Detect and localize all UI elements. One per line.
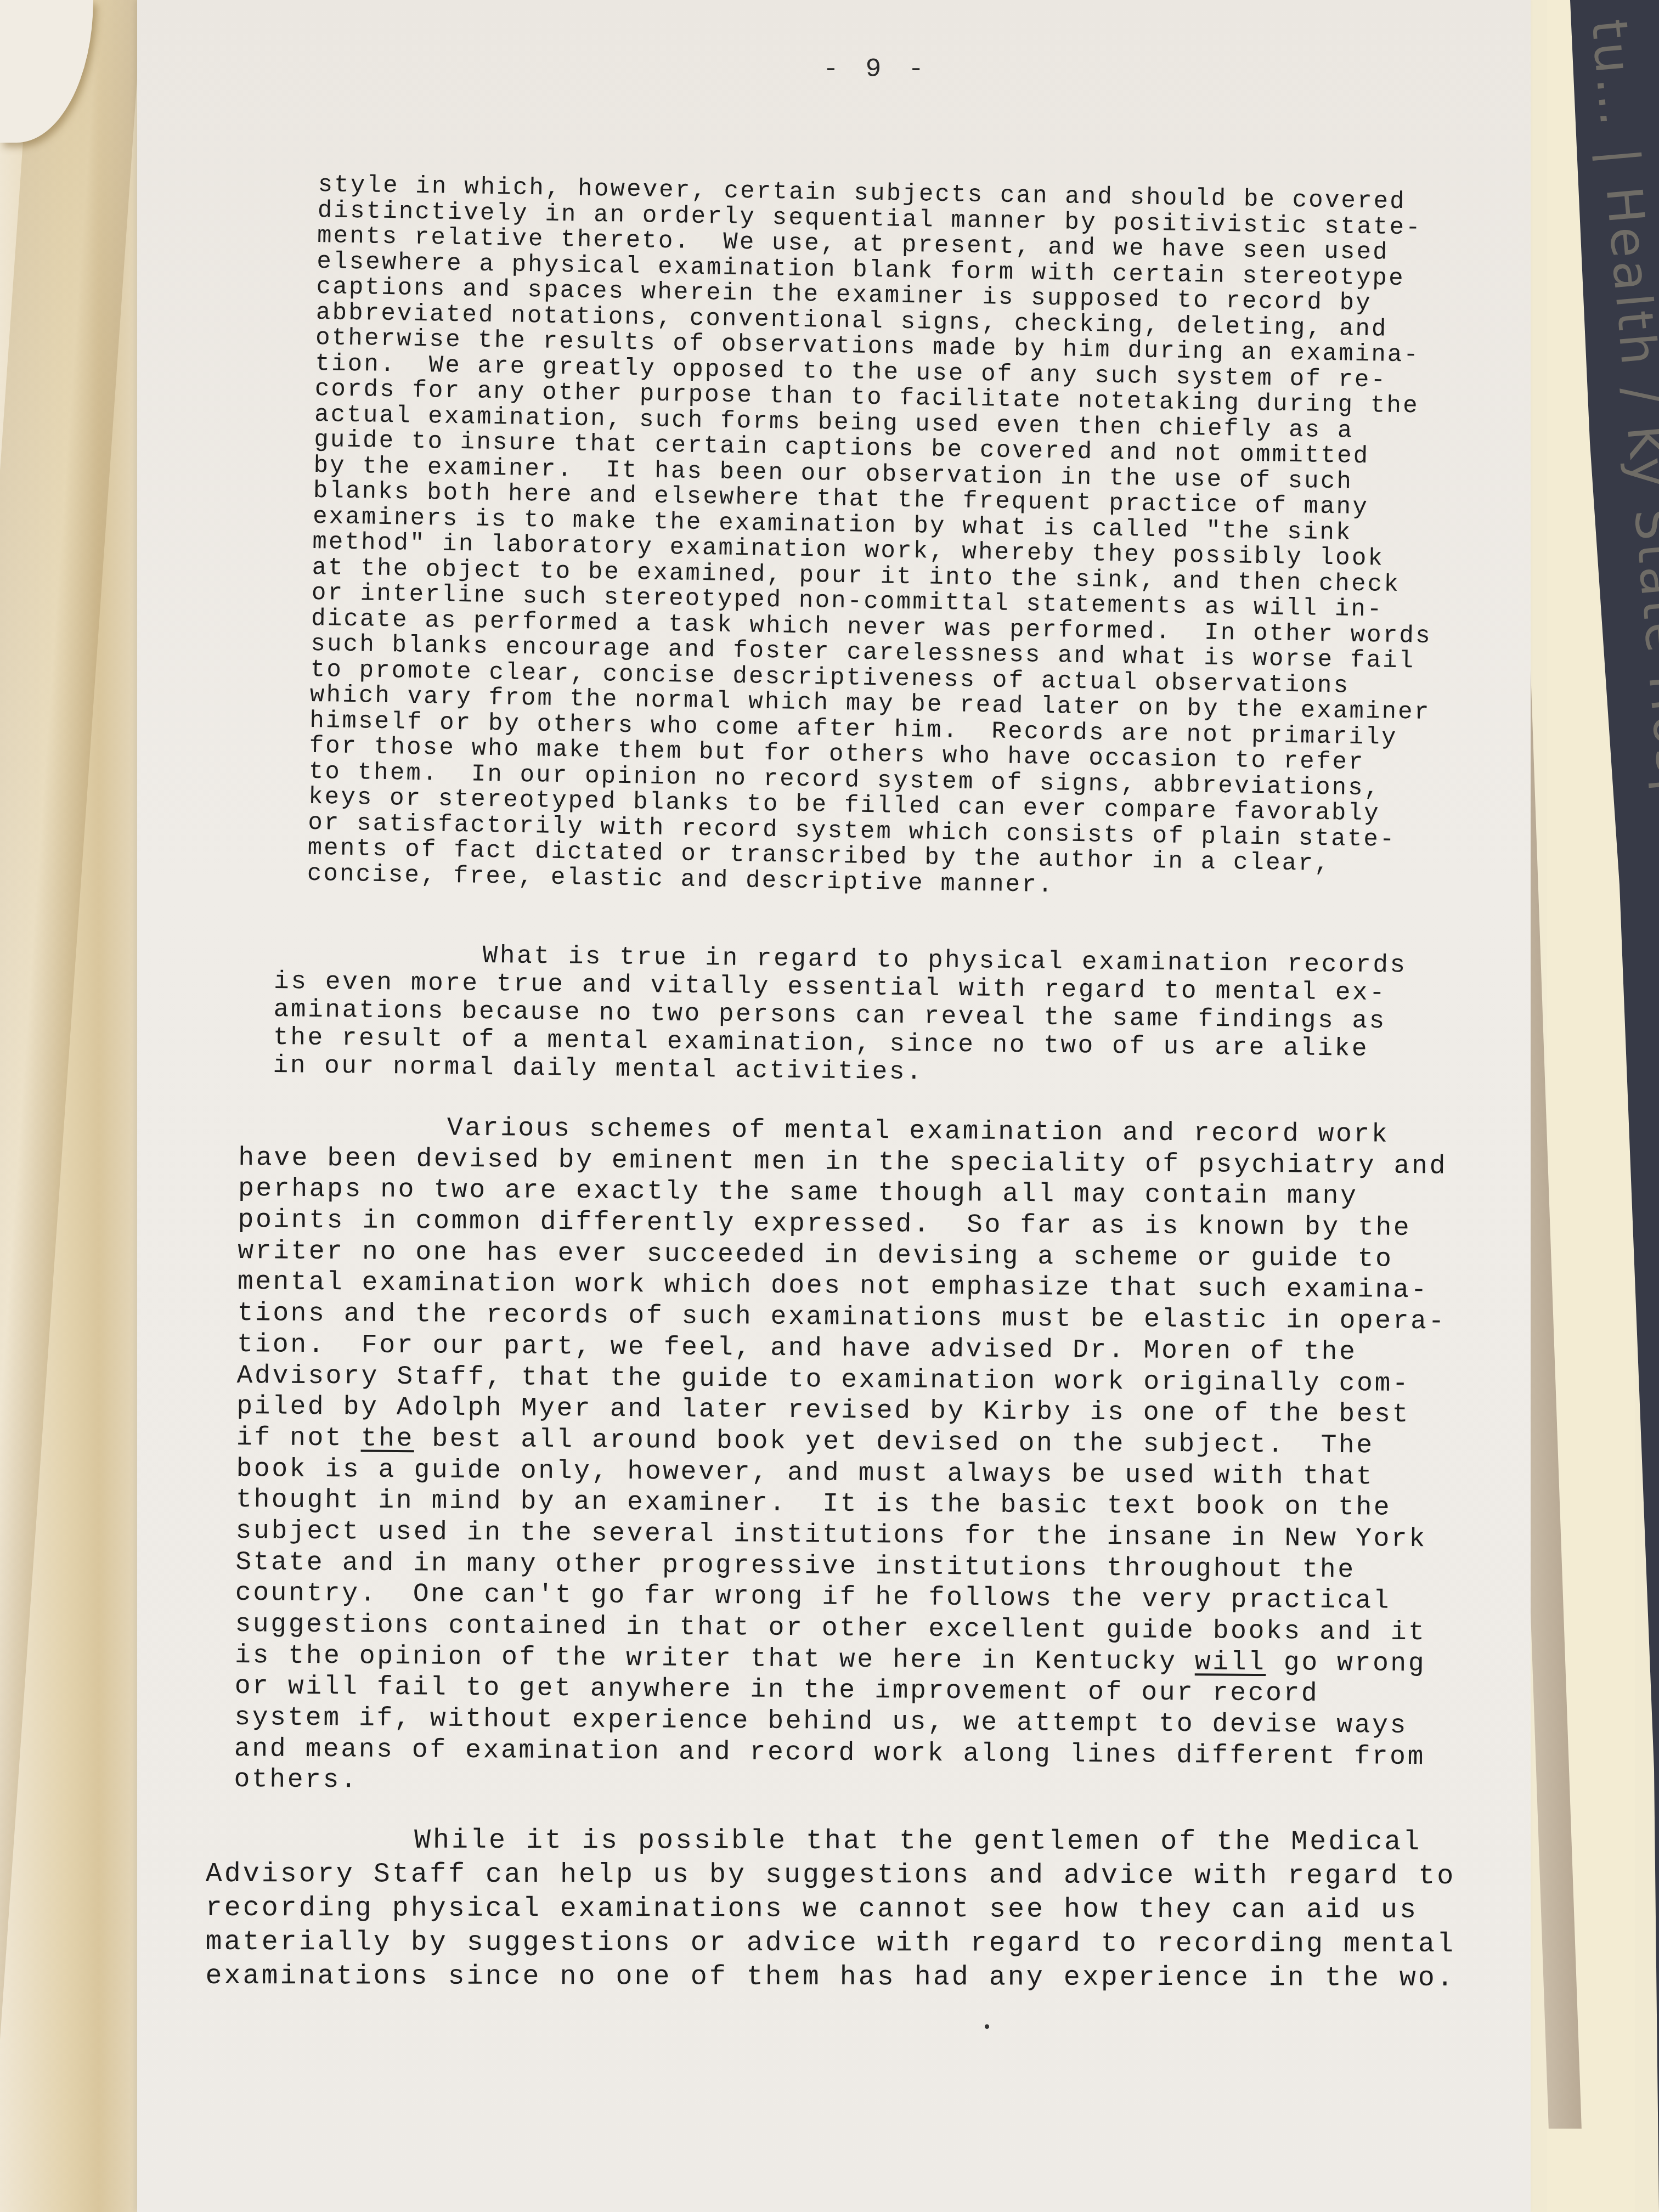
underlined-word: will [1195, 1647, 1266, 1678]
text-line: recording physical examinations we canno… [206, 1895, 1455, 1931]
text-line: materially by suggestions or advice with… [206, 1929, 1455, 1965]
binder-fold [0, 0, 143, 2212]
text-line: While it is possible that the gentlemen … [206, 1827, 1455, 1863]
text-line: Advisory Staff can help us by suggestion… [206, 1861, 1455, 1897]
page-number: - 9 - [823, 55, 929, 84]
typed-page: - 9 - style in which, however, certain s… [137, 0, 1531, 2212]
paragraph-4: While it is possible that the gentlemen … [205, 1827, 1455, 1999]
paragraph-3: Various schemes of mental examination an… [234, 1114, 1447, 1806]
paragraph-1: style in which, however, certain subject… [307, 173, 1439, 905]
paragraph-2: What is true in regard to physical exami… [273, 941, 1407, 1093]
underlined-word: the [361, 1424, 415, 1454]
ink-speck [985, 2024, 989, 2029]
text-line: examinations since no one of them has ha… [205, 1963, 1455, 1999]
